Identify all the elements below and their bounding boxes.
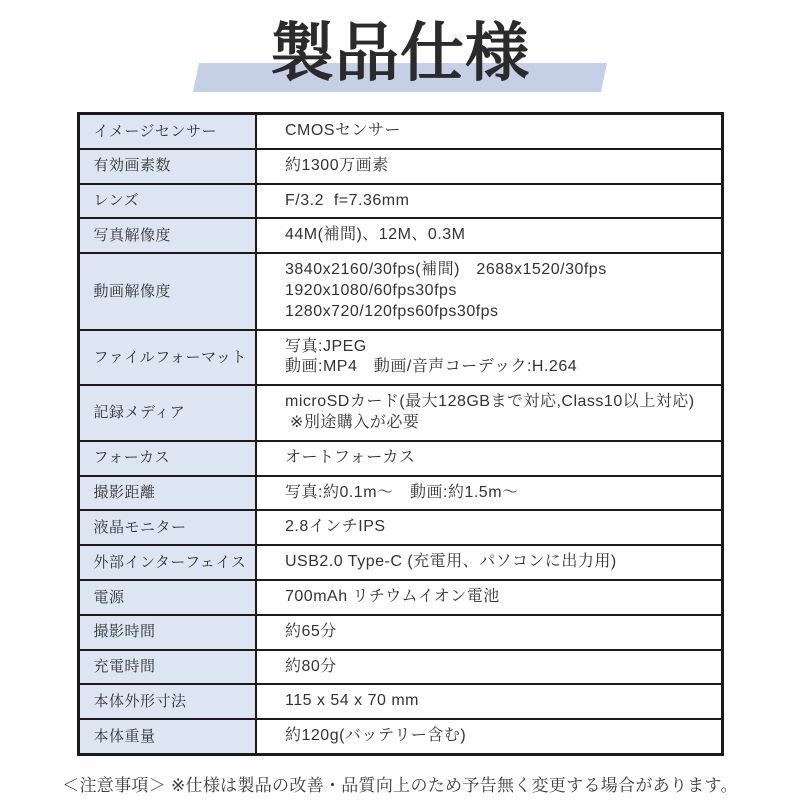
- spec-value: 約80分: [256, 650, 722, 685]
- title-section: 製品仕様: [0, 0, 800, 106]
- spec-value: 115 x 54 x 70 mm: [256, 684, 722, 719]
- table-row: 動画解像度 3840x2160/30fps(補間) 2688x1520/30fp…: [78, 253, 722, 329]
- table-row: フォーカス オートフォーカス: [78, 441, 722, 476]
- page-title: 製品仕様: [0, 20, 800, 87]
- spec-label: 本体重量: [78, 719, 256, 754]
- spec-label: 充電時間: [78, 650, 256, 685]
- table-row: 写真解像度 44M(補間)、12M、0.3M: [78, 218, 722, 253]
- spec-value: F/3.2 f=7.36mm: [256, 184, 722, 219]
- spec-label: 本体外形寸法: [78, 684, 256, 719]
- spec-value: 約120g(バッテリー含む): [256, 719, 722, 754]
- table-row: 有効画素数 約1300万画素: [78, 149, 722, 184]
- table-row: 本体重量 約120g(バッテリー含む): [78, 719, 722, 754]
- table-row: 液晶モニター 2.8インチIPS: [78, 510, 722, 545]
- spec-value: 700mAh リチウムイオン電池: [256, 580, 722, 615]
- spec-value: 3840x2160/30fps(補間) 2688x1520/30fps 1920…: [256, 253, 722, 329]
- spec-label: 有効画素数: [78, 149, 256, 184]
- spec-label: 記録メディア: [78, 385, 256, 441]
- table-row: 外部インターフェイス USB2.0 Type-C (充電用、パソコンに出力用): [78, 545, 722, 580]
- spec-value: CMOSセンサー: [256, 114, 722, 149]
- spec-label: 動画解像度: [78, 253, 256, 329]
- table-row: 電源 700mAh リチウムイオン電池: [78, 580, 722, 615]
- page: { "title": "製品仕様", "colors": { "band": "…: [0, 0, 800, 800]
- spec-value: USB2.0 Type-C (充電用、パソコンに出力用): [256, 545, 722, 580]
- spec-label: 液晶モニター: [78, 510, 256, 545]
- spec-value: 44M(補間)、12M、0.3M: [256, 218, 722, 253]
- spec-value: 写真:約0.1m～ 動画:約1.5m～: [256, 476, 722, 511]
- table-row: 本体外形寸法 115 x 54 x 70 mm: [78, 684, 722, 719]
- table-row: 記録メディア microSDカード(最大128GBまで対応,Class10以上対…: [78, 385, 722, 441]
- spec-label: イメージセンサー: [78, 114, 256, 149]
- table-row: 撮影距離 写真:約0.1m～ 動画:約1.5m～: [78, 476, 722, 511]
- spec-value: 約1300万画素: [256, 149, 722, 184]
- spec-label: 外部インターフェイス: [78, 545, 256, 580]
- spec-label: 撮影時間: [78, 615, 256, 650]
- spec-table: イメージセンサー CMOSセンサー 有効画素数 約1300万画素 レンズ F/3…: [77, 112, 724, 756]
- footer-note: ＜注意事項＞ ※仕様は製品の改善・品質向上のため予告無く変更する場合があります。: [0, 771, 800, 796]
- table-row: 充電時間 約80分: [78, 650, 722, 685]
- spec-label: 写真解像度: [78, 218, 256, 253]
- table-row: ファイルフォーマット 写真:JPEG 動画:MP4 動画/音声コーデック:H.2…: [78, 330, 722, 386]
- spec-value: 約65分: [256, 615, 722, 650]
- spec-label: フォーカス: [78, 441, 256, 476]
- spec-value: 2.8インチIPS: [256, 510, 722, 545]
- spec-label: 電源: [78, 580, 256, 615]
- spec-value: 写真:JPEG 動画:MP4 動画/音声コーデック:H.264: [256, 330, 722, 386]
- spec-table-body: イメージセンサー CMOSセンサー 有効画素数 約1300万画素 レンズ F/3…: [78, 114, 722, 755]
- spec-label: 撮影距離: [78, 476, 256, 511]
- table-row: 撮影時間 約65分: [78, 615, 722, 650]
- spec-label: レンズ: [78, 184, 256, 219]
- table-row: レンズ F/3.2 f=7.36mm: [78, 184, 722, 219]
- spec-label: ファイルフォーマット: [78, 330, 256, 386]
- table-row: イメージセンサー CMOSセンサー: [78, 114, 722, 149]
- spec-value: オートフォーカス: [256, 441, 722, 476]
- spec-value: microSDカード(最大128GBまで対応,Class10以上対応) ※別途購…: [256, 385, 722, 441]
